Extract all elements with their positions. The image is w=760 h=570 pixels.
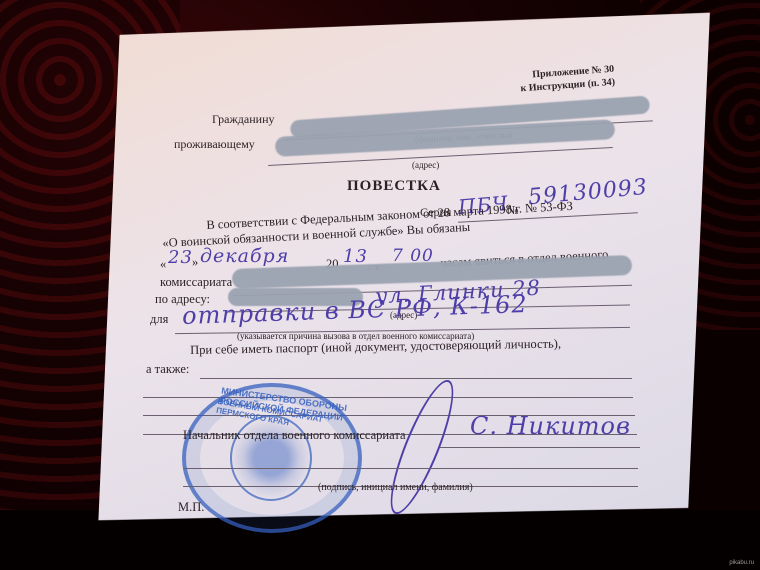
official-stamp: МИНИСТЕРСТВО ОБОРОНЫ РОССИЙСКОЙ ФЕДЕРАЦИ… xyxy=(182,383,362,533)
residence-label: проживающему xyxy=(174,137,255,152)
date-close-quote: » xyxy=(192,255,198,270)
watermark: pikabu.ru xyxy=(729,560,754,566)
commissariat-label: комиссариата xyxy=(160,275,232,290)
document-title: ПОВЕСТКА xyxy=(347,178,441,195)
residence-caption: (адрес) xyxy=(412,160,439,170)
also-line-1 xyxy=(200,378,632,379)
date-open-quote: « xyxy=(160,257,166,272)
signature-name: С. Никитов xyxy=(470,412,631,440)
signature-caption: (подпись, инициал имени, фамилия) xyxy=(318,482,473,493)
purpose-label: для xyxy=(150,312,168,327)
chief-signature-line xyxy=(440,447,640,448)
month-value: декабря xyxy=(200,245,289,267)
also-label: а также: xyxy=(146,362,189,377)
seal-label: М.П. xyxy=(178,500,204,515)
chief-label: Начальник отдела военного комиссариата xyxy=(183,428,406,443)
signature-line-2 xyxy=(183,468,638,469)
citizen-label: Гражданину xyxy=(212,112,275,127)
day-value: 23 xyxy=(168,247,193,268)
